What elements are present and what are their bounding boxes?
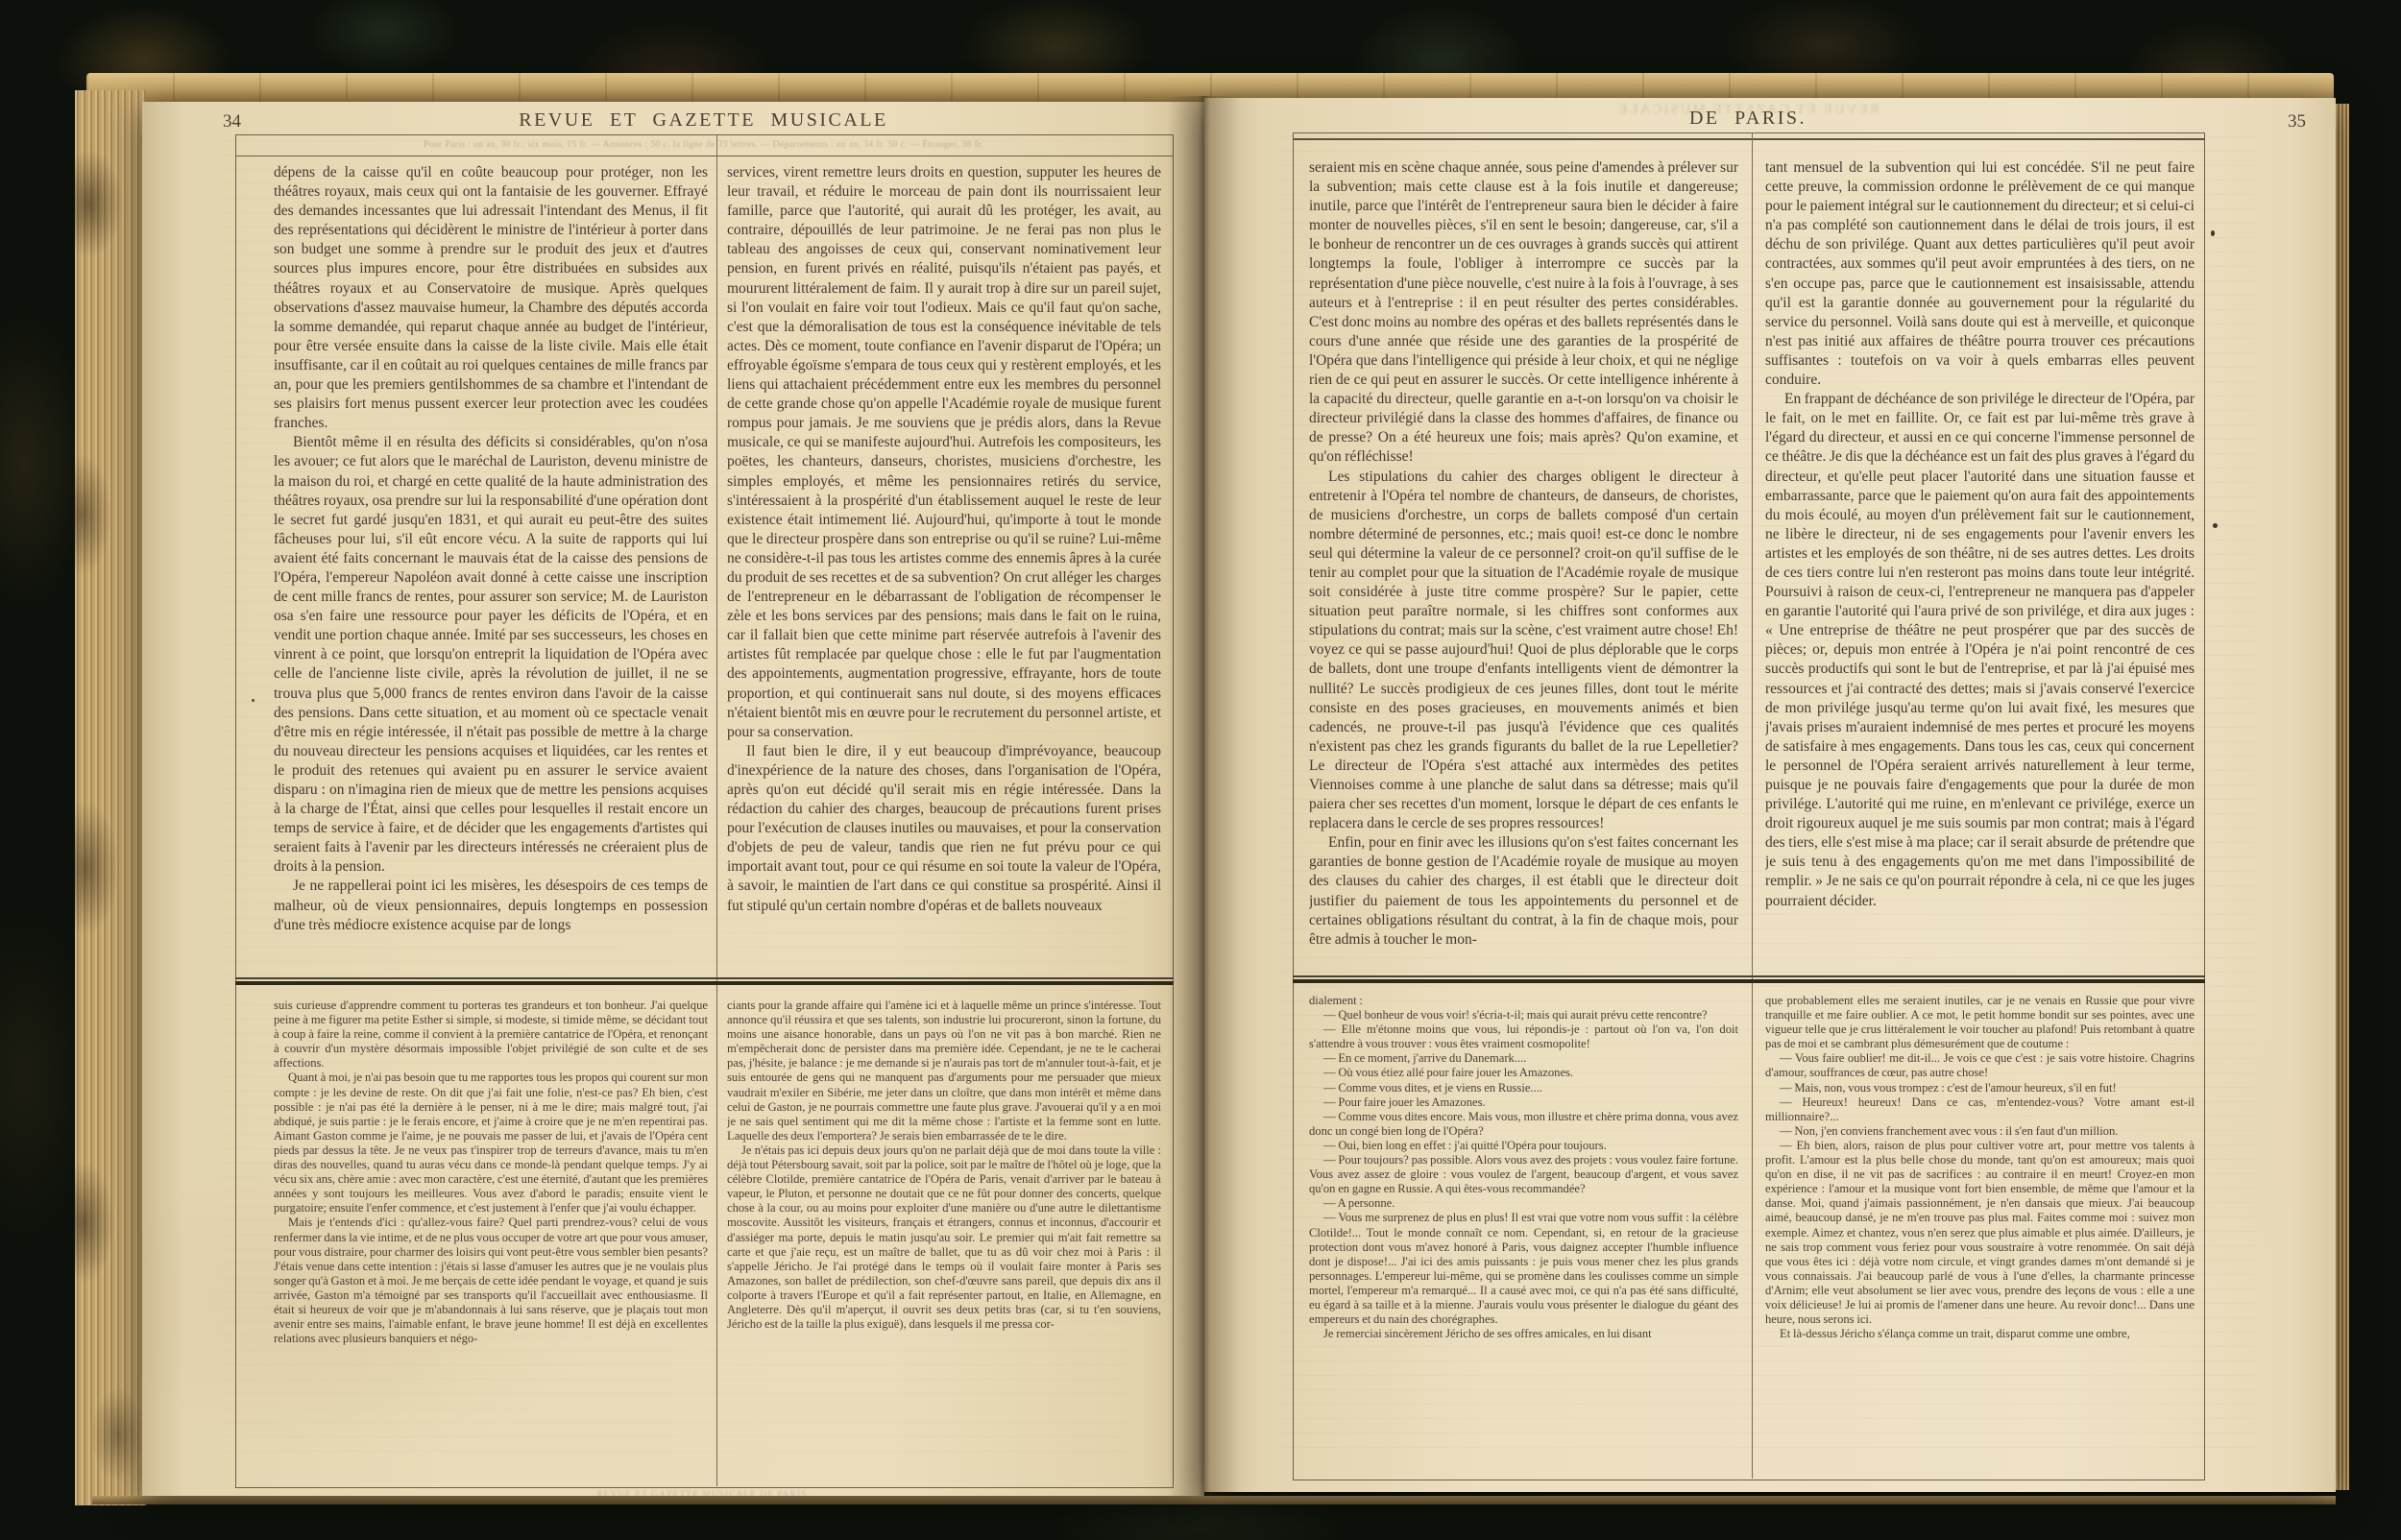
paragraph: ciants pour la grande affaire qui l'amèn… (727, 999, 1161, 1143)
paragraph: — En ce moment, j'arrive du Danemark.... (1309, 1051, 1738, 1066)
feuilleton-column-1: suis curieuse d'apprendre comment tu por… (274, 999, 708, 1479)
paragraph: — Mais, non, vous vous trompez : c'est d… (1765, 1081, 2195, 1095)
paragraph: Les stipulations du cahier des charges o… (1309, 468, 1738, 834)
left-page: 34 REVUE ET GAZETTE MUSICALE Pour Paris … (142, 102, 1204, 1496)
main-text-column-2: services, virent remettre leurs droits e… (727, 163, 1161, 975)
main-text-column-1: dépens de la caisse qu'il en coûte beauc… (274, 163, 708, 975)
paragraph: En frappant de déchéance de son privilég… (1765, 390, 2195, 911)
column-rule (1752, 132, 1753, 1479)
paragraph: Je remerciai sincèrement Jéricho de ses … (1309, 1327, 1738, 1341)
right-page: REVUE ET GAZETTE MUSICALE 35 DE PARIS. s… (1204, 98, 2336, 1492)
paragraph: seraient mis en scène chaque année, sous… (1309, 158, 1738, 468)
paragraph: services, virent remettre leurs droits e… (727, 163, 1161, 742)
running-head: DE PARIS. (1293, 108, 2203, 130)
paragraph: — Où vous étiez allé pour faire jouer le… (1309, 1066, 1738, 1080)
running-head: REVUE ET GAZETTE MUSICALE (235, 109, 1172, 132)
paragraph: — Elle m'étonne moins que vous, lui répo… (1309, 1023, 1738, 1051)
paragraph: — Non, j'en conviens franchement avec vo… (1765, 1124, 2195, 1139)
main-text-column-2: tant mensuel de la subvention qui lui es… (1765, 158, 2195, 973)
book-page-stack-right-edge (2336, 104, 2349, 1490)
paragraph: — Heureux! heureux! Dans ce cas, m'enten… (1765, 1095, 2195, 1124)
paragraph: Je n'étais pas ici depuis deux jours qu'… (727, 1143, 1161, 1332)
book-marbled-fore-edge (75, 90, 146, 1505)
paragraph: — Pour faire jouer les Amazones. (1309, 1095, 1738, 1110)
page-number: 35 (2288, 111, 2306, 132)
feuilleton-column-1: dialement :— Quel bonheur de vous voir! … (1309, 994, 1738, 1472)
paragraph: — Quel bonheur de vous voir! s'écria-t-i… (1309, 1008, 1738, 1023)
paragraph: suis curieuse d'apprendre comment tu por… (274, 999, 708, 1071)
paragraph: que probablement elles me seraient inuti… (1765, 994, 2195, 1051)
feuilleton-divider-rule (235, 977, 1174, 985)
book-bottom-edge (92, 1496, 2336, 1504)
paragraph: dialement : (1309, 994, 1738, 1008)
paragraph: Il faut bien le dire, il y eut beaucoup … (727, 742, 1161, 916)
paragraph: dépens de la caisse qu'il en coûte beauc… (274, 163, 708, 433)
feuilleton-column-2: ciants pour la grande affaire qui l'amèn… (727, 999, 1161, 1479)
paragraph: tant mensuel de la subvention qui lui es… (1765, 158, 2195, 390)
paragraph: — Eh bien, alors, raison de plus pour cu… (1765, 1139, 2195, 1327)
frame-inner-rule (235, 156, 1174, 156)
ink-speck (252, 699, 255, 702)
paragraph: Et là-dessus Jéricho s'élança comme un t… (1765, 1327, 2195, 1341)
paragraph: Je ne rappellerai point ici les misères,… (274, 877, 708, 934)
paragraph: — Vous me surprenez de plus en plus! Il … (1309, 1211, 1738, 1327)
paragraph: Bientôt même il en résulta des déficits … (274, 433, 708, 877)
paragraph: — Oui, bien long en effet : j'ai quitté … (1309, 1139, 1738, 1153)
paragraph: — A personne. (1309, 1196, 1738, 1211)
photograph-of-open-book: { "document": { "publication": "REVUE ET… (0, 0, 2401, 1540)
paragraph: — Vous faire oublier! me dit-il... Je vo… (1765, 1051, 2195, 1080)
paragraph: Enfin, pour en finir avec les illusions … (1309, 833, 1738, 950)
feuilleton-divider-rule (1293, 975, 2205, 983)
column-rule (716, 134, 717, 1486)
feuilleton-column-2: que probablement elles me seraient inuti… (1765, 994, 2195, 1472)
paragraph: — Comme vous dites, et je viens en Russi… (1309, 1081, 1738, 1095)
paragraph: Mais je t'entends d'ici : qu'allez-vous … (274, 1215, 708, 1346)
ink-speck (2211, 230, 2215, 236)
paragraph: — Comme vous dites encore. Mais vous, mo… (1309, 1110, 1738, 1139)
paragraph: — Pour toujours? pas possible. Alors vou… (1309, 1153, 1738, 1196)
paragraph: Quant à moi, je n'ai pas besoin que tu m… (274, 1071, 708, 1215)
main-text-column-1: seraient mis en scène chaque année, sous… (1309, 158, 1738, 973)
ink-speck (2213, 523, 2218, 528)
frame-inner-rule (1293, 138, 2205, 140)
